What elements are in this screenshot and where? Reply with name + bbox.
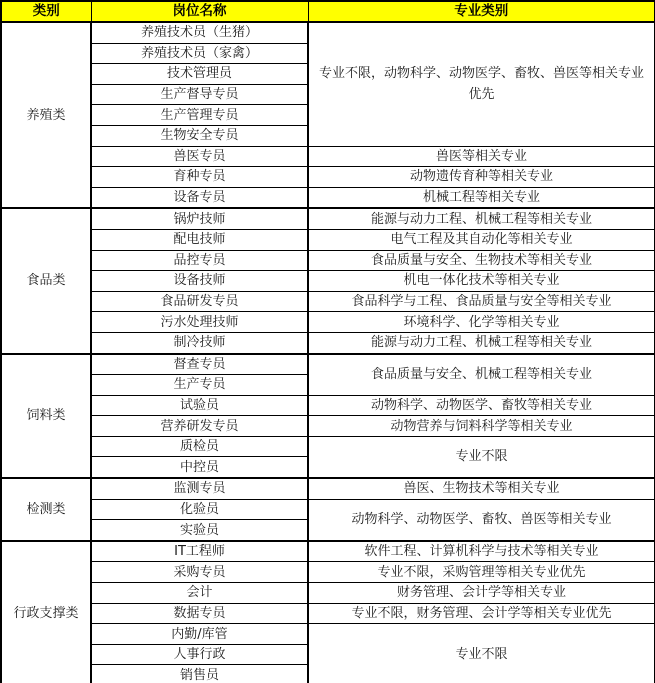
major-cell: 兽医等相关专业 bbox=[308, 146, 655, 167]
table-row: 会计财务管理、会计学等相关专业 bbox=[1, 583, 655, 604]
position-cell: 食品研发专员 bbox=[91, 291, 308, 312]
major-cell: 食品质量与安全、机械工程等相关专业 bbox=[308, 354, 655, 396]
position-cell: 生产专员 bbox=[91, 375, 308, 396]
position-cell: 化验员 bbox=[91, 499, 308, 520]
position-cell: 采购专员 bbox=[91, 562, 308, 583]
major-cell: 兽医、生物技术等相关专业 bbox=[308, 478, 655, 499]
major-cell: 动物遗传育种等相关专业 bbox=[308, 167, 655, 188]
header-major: 专业类别 bbox=[308, 1, 655, 22]
category-cell: 检测类 bbox=[1, 478, 91, 541]
table-row: 营养研发专员动物营养与饲料科学等相关专业 bbox=[1, 416, 655, 437]
header-category: 类别 bbox=[1, 1, 91, 22]
major-cell: 动物营养与饲料科学等相关专业 bbox=[308, 416, 655, 437]
table-row: 污水处理技师环境科学、化学等相关专业 bbox=[1, 312, 655, 333]
position-cell: 监测专员 bbox=[91, 478, 308, 499]
position-cell: 内勤/库管 bbox=[91, 624, 308, 645]
major-cell: 动物科学、动物医学、畜牧等相关专业 bbox=[308, 395, 655, 416]
major-cell: 专业不限 bbox=[308, 436, 655, 478]
table-row: 检测类 监测专员 兽医、生物技术等相关专业 bbox=[1, 478, 655, 499]
job-majors-table: 类别 岗位名称 专业类别 养殖类 养殖技术员（生猪） 专业不限，动物科学、动物医… bbox=[0, 0, 655, 683]
position-cell: 养殖技术员（生猪） bbox=[91, 22, 308, 43]
table-row: 行政支撑类 IT工程师 软件工程、计算机科学与技术等相关专业 bbox=[1, 541, 655, 562]
position-cell: 营养研发专员 bbox=[91, 416, 308, 437]
table-row: 数据专员专业不限，财务管理、会计学等相关专业优先 bbox=[1, 603, 655, 624]
table-row: 饲料类 督查专员 食品质量与安全、机械工程等相关专业 bbox=[1, 354, 655, 375]
major-cell: 动物科学、动物医学、畜牧、兽医等相关专业 bbox=[308, 499, 655, 541]
table-row: 质检员专业不限 bbox=[1, 436, 655, 457]
position-cell: 配电技师 bbox=[91, 229, 308, 250]
position-cell: 设备技师 bbox=[91, 271, 308, 292]
table-row: 采购专员专业不限，采购管理等相关专业优先 bbox=[1, 562, 655, 583]
table-row: 制冷技师能源与动力工程、机械工程等相关专业 bbox=[1, 332, 655, 353]
major-cell: 财务管理、会计学等相关专业 bbox=[308, 583, 655, 604]
major-cell: 食品科学与工程、食品质量与安全等相关专业 bbox=[308, 291, 655, 312]
position-cell: 技术管理员 bbox=[91, 64, 308, 85]
position-cell: 设备专员 bbox=[91, 187, 308, 208]
major-cell: 环境科学、化学等相关专业 bbox=[308, 312, 655, 333]
major-cell: 专业不限 bbox=[308, 624, 655, 683]
table-row: 兽医专员兽医等相关专业 bbox=[1, 146, 655, 167]
position-cell: 销售员 bbox=[91, 665, 308, 683]
header-row: 类别 岗位名称 专业类别 bbox=[1, 1, 655, 22]
table-row: 内勤/库管专业不限 bbox=[1, 624, 655, 645]
category-cell: 养殖类 bbox=[1, 22, 91, 208]
major-cell: 专业不限，动物科学、动物医学、畜牧、兽医等相关专业优先 bbox=[308, 22, 655, 146]
table-row: 食品类 锅炉技师 能源与动力工程、机械工程等相关专业 bbox=[1, 208, 655, 229]
major-cell: 能源与动力工程、机械工程等相关专业 bbox=[308, 332, 655, 353]
table-row: 配电技师电气工程及其自动化等相关专业 bbox=[1, 229, 655, 250]
table-row: 化验员动物科学、动物医学、畜牧、兽医等相关专业 bbox=[1, 499, 655, 520]
position-cell: 污水处理技师 bbox=[91, 312, 308, 333]
position-cell: IT工程师 bbox=[91, 541, 308, 562]
major-cell: 专业不限，财务管理、会计学等相关专业优先 bbox=[308, 603, 655, 624]
table-row: 品控专员食品质量与安全、生物技术等相关专业 bbox=[1, 250, 655, 271]
major-cell: 机械工程等相关专业 bbox=[308, 187, 655, 208]
major-cell: 电气工程及其自动化等相关专业 bbox=[308, 229, 655, 250]
category-cell: 饲料类 bbox=[1, 354, 91, 479]
major-cell: 机电一体化技术等相关专业 bbox=[308, 271, 655, 292]
position-cell: 会计 bbox=[91, 583, 308, 604]
position-cell: 品控专员 bbox=[91, 250, 308, 271]
position-cell: 育种专员 bbox=[91, 167, 308, 188]
table-row: 养殖类 养殖技术员（生猪） 专业不限，动物科学、动物医学、畜牧、兽医等相关专业优… bbox=[1, 22, 655, 43]
position-cell: 生产管理专员 bbox=[91, 105, 308, 126]
position-cell: 实验员 bbox=[91, 520, 308, 541]
major-cell: 专业不限，采购管理等相关专业优先 bbox=[308, 562, 655, 583]
position-cell: 生产督导专员 bbox=[91, 84, 308, 105]
table-row: 试验员动物科学、动物医学、畜牧等相关专业 bbox=[1, 395, 655, 416]
major-cell: 能源与动力工程、机械工程等相关专业 bbox=[308, 208, 655, 229]
table-row: 食品研发专员食品科学与工程、食品质量与安全等相关专业 bbox=[1, 291, 655, 312]
category-cell: 食品类 bbox=[1, 208, 91, 353]
position-cell: 督查专员 bbox=[91, 354, 308, 375]
major-cell: 软件工程、计算机科学与技术等相关专业 bbox=[308, 541, 655, 562]
position-cell: 制冷技师 bbox=[91, 332, 308, 353]
header-position: 岗位名称 bbox=[91, 1, 308, 22]
major-cell: 食品质量与安全、生物技术等相关专业 bbox=[308, 250, 655, 271]
table-row: 育种专员动物遗传育种等相关专业 bbox=[1, 167, 655, 188]
position-cell: 养殖技术员（家禽） bbox=[91, 43, 308, 64]
position-cell: 锅炉技师 bbox=[91, 208, 308, 229]
position-cell: 质检员 bbox=[91, 436, 308, 457]
table-row: 设备专员机械工程等相关专业 bbox=[1, 187, 655, 208]
position-cell: 试验员 bbox=[91, 395, 308, 416]
position-cell: 中控员 bbox=[91, 457, 308, 478]
position-cell: 兽医专员 bbox=[91, 146, 308, 167]
position-cell: 人事行政 bbox=[91, 644, 308, 665]
position-cell: 生物安全专员 bbox=[91, 125, 308, 146]
category-cell: 行政支撑类 bbox=[1, 541, 91, 683]
position-cell: 数据专员 bbox=[91, 603, 308, 624]
table-row: 设备技师机电一体化技术等相关专业 bbox=[1, 271, 655, 292]
